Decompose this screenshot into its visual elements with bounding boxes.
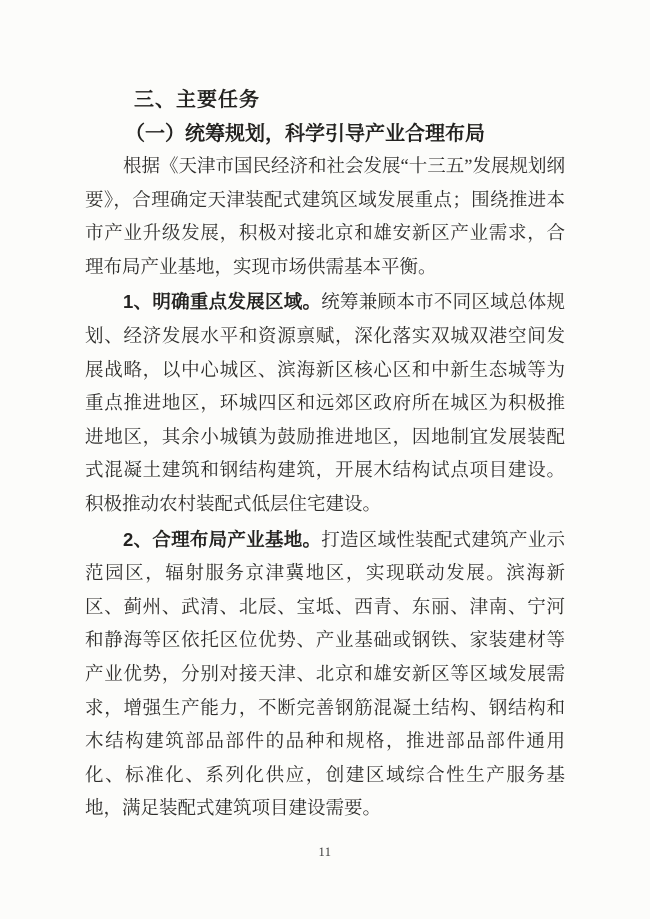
paragraph-intro: 根据《天津市国民经济和社会发展“十三五”发展规划纲要》，合理确定天津装配式建筑区…	[85, 151, 565, 285]
document-page: 三、主要任务 （一）统筹规划，科学引导产业合理布局 根据《天津市国民经济和社会发…	[0, 0, 650, 919]
paragraph-item-2: 2、合理布局产业基地。打造区域性装配式建筑产业示范园区，辐射服务京津冀地区，实现…	[85, 523, 565, 827]
paragraph-text: 打造区域性装配式建筑产业示范园区，辐射服务京津冀地区，实现联动发展。滨海新区、蓟…	[85, 531, 565, 820]
subsection-heading: （一）统筹规划，科学引导产业合理布局	[85, 117, 565, 151]
paragraph-text: 根据《天津市国民经济和社会发展“十三五”发展规划纲要》，合理确定天津装配式建筑区…	[85, 157, 565, 278]
paragraph-lead: 2、合理布局产业基地。	[123, 529, 321, 550]
section-heading: 三、主要任务	[85, 84, 565, 117]
document-content: 三、主要任务 （一）统筹规划，科学引导产业合理布局 根据《天津市国民经济和社会发…	[85, 84, 565, 827]
page-number: 11	[0, 845, 650, 860]
paragraph-item-1: 1、明确重点发展区域。统筹兼顾本市不同区域总体规划、经济发展水平和资源禀赋，深化…	[85, 285, 565, 522]
paragraph-lead: 1、明确重点发展区域。	[123, 291, 321, 312]
paragraph-text: 统筹兼顾本市不同区域总体规划、经济发展水平和资源禀赋，深化落实双城双港空间发展战…	[85, 293, 565, 515]
